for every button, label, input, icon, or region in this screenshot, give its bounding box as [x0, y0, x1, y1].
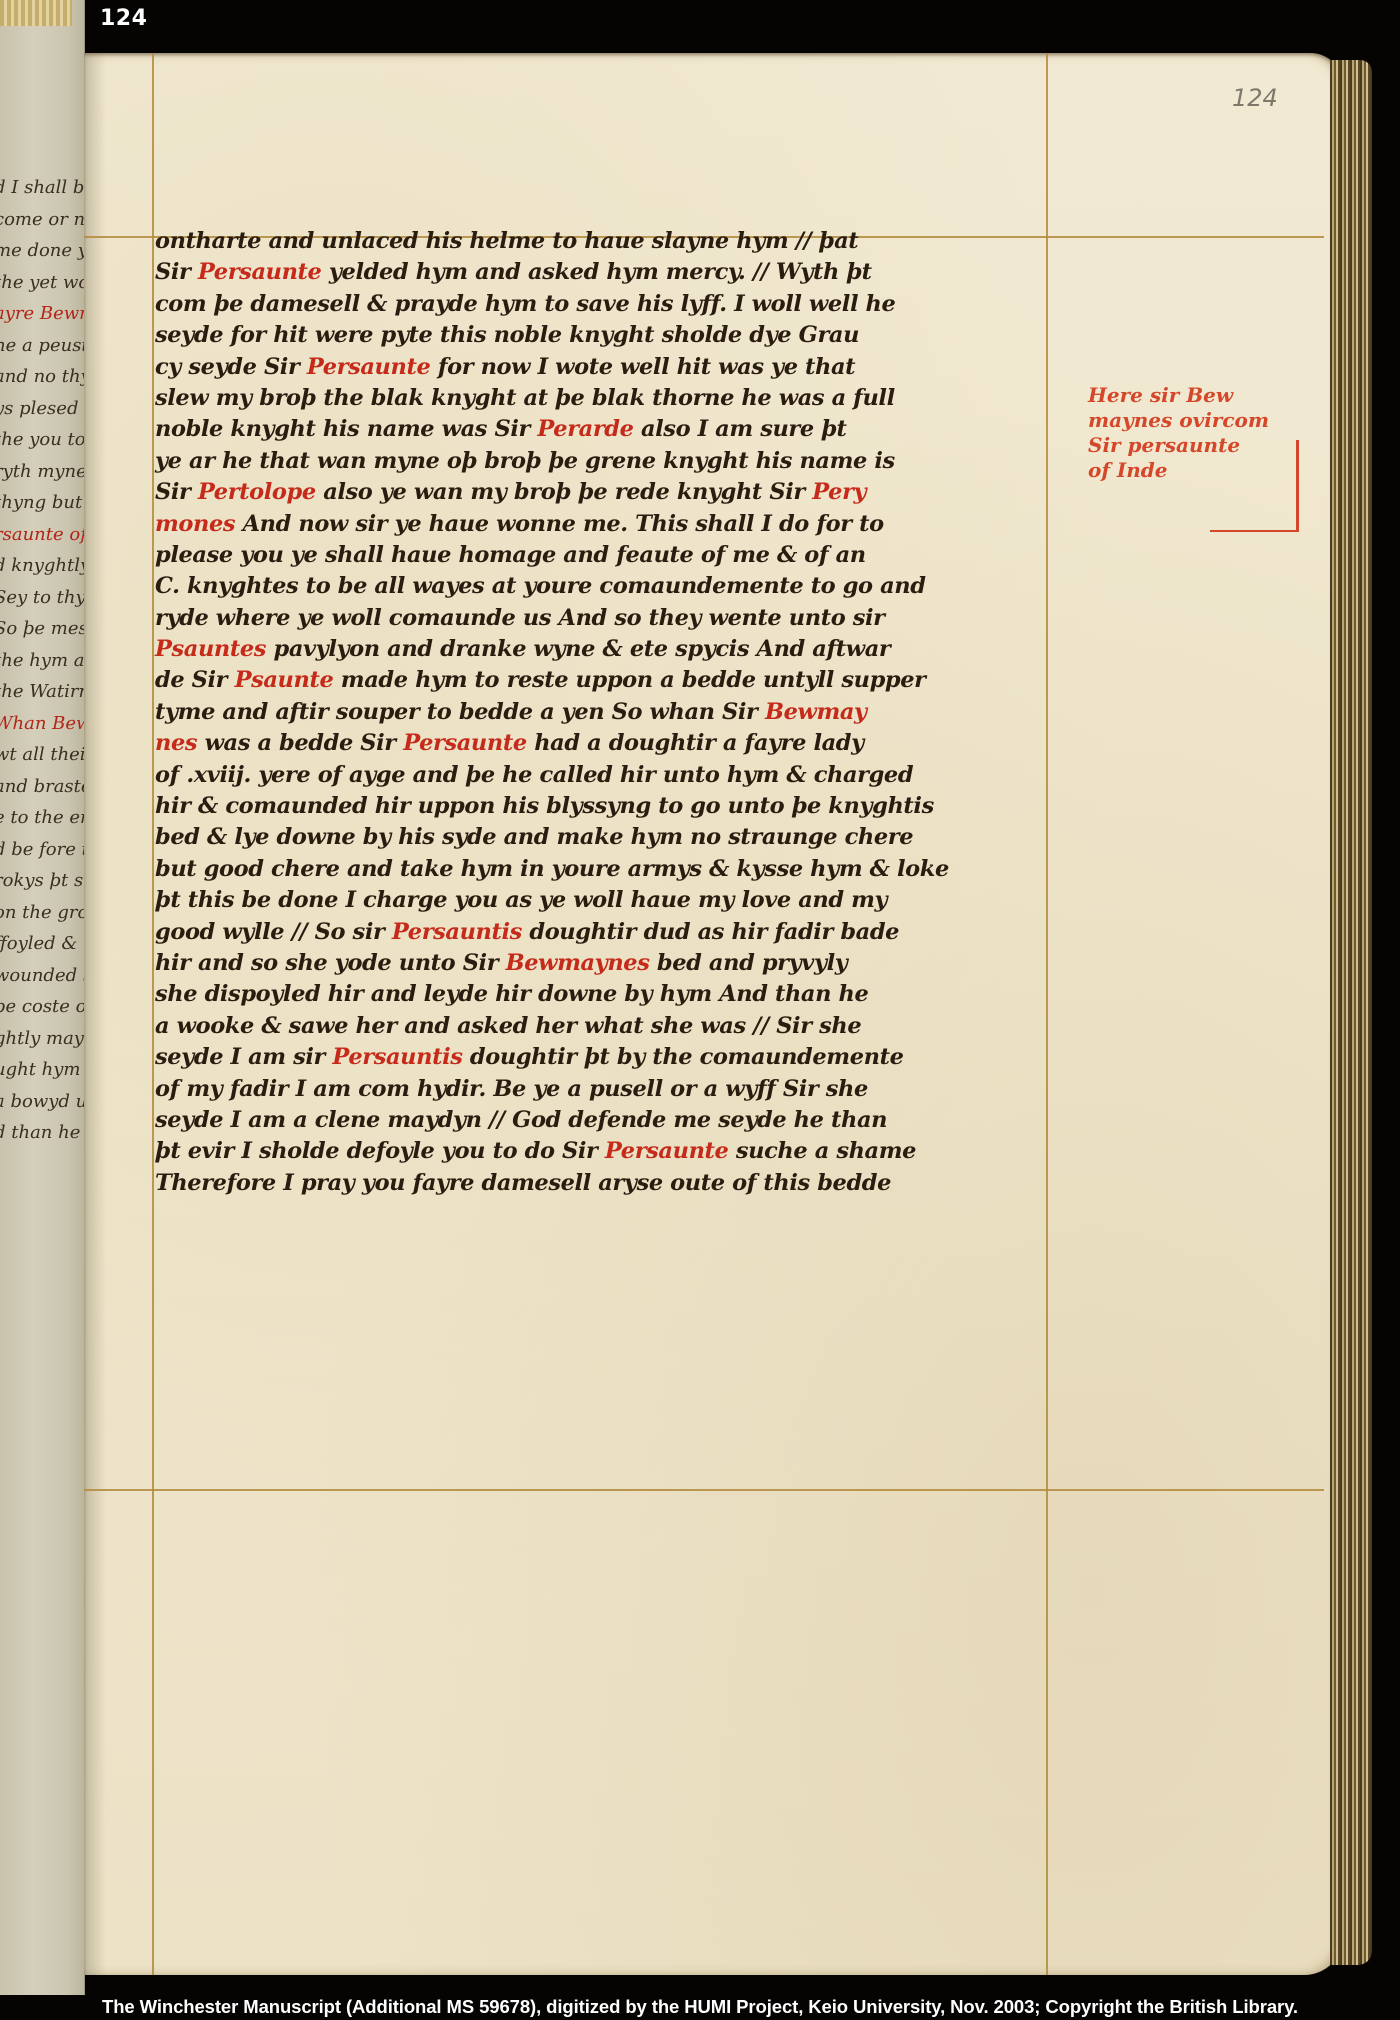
text-line: hir and so she yode unto Sir Bewmaynes b…	[155, 948, 1080, 979]
rubricated-name: Persaunte	[403, 730, 527, 756]
text-segment: Therefore I pray you fayre damesell arys…	[155, 1170, 891, 1196]
marginal-note-line: of Inde	[1088, 458, 1298, 483]
text-line: nes was a bedde Sir Persaunte had a doug…	[155, 728, 1080, 759]
facing-leaf-line: Sey to thy lord	[0, 582, 84, 614]
gutter-shadow	[84, 53, 106, 1975]
facing-leaf-line: Whan Bewma	[0, 708, 84, 740]
facing-leaf-line: So þe messyngere	[0, 613, 84, 645]
text-segment: doughtir dud as hir fadir bade	[522, 919, 899, 945]
facing-leaf-line: and no thyng	[0, 361, 84, 393]
facing-leaf-line: ne a peuste you	[0, 330, 84, 362]
marginal-rubric-note: Here sir Bewmaynes ovircomSir persaunteo…	[1088, 383, 1298, 483]
text-segment: also ye wan my broþ þe rede knyght Sir	[316, 479, 812, 505]
text-line: please you ye shall haue homage and feau…	[155, 540, 1080, 571]
facing-leaf-line: rokys þt som tyme	[0, 865, 84, 897]
facing-leaf-line: þe coste of the	[0, 991, 84, 1023]
text-segment: ye ar he that wan myne oþ broþ þe grene …	[155, 448, 895, 474]
text-segment: Sir	[155, 259, 198, 285]
facing-leaf-line: the yet woll	[0, 267, 84, 299]
text-segment: hir and so she yode unto Sir	[155, 950, 506, 976]
facing-leaf-line: the hym all his	[0, 645, 84, 677]
text-line: slew my broþ the blak knyght at þe blak …	[155, 383, 1080, 414]
facing-leaf-edge	[0, 0, 72, 26]
text-segment: a wooke & sawe her and asked her what sh…	[155, 1013, 861, 1039]
text-line: C. knyghtes to be all wayes at youre com…	[155, 571, 1080, 602]
rubricated-name: Persaunte	[605, 1138, 729, 1164]
facing-leaf-line: ught hym love	[0, 1054, 84, 1086]
text-segment: had a doughtir a fayre lady	[527, 730, 864, 756]
facing-leaf-line: d than he lepte	[0, 1117, 84, 1149]
marginal-bracket	[1296, 440, 1299, 532]
text-segment: was a bedde Sir	[197, 730, 403, 756]
text-line: ontharte and unlaced his helme to haue s…	[155, 226, 1080, 257]
facing-leaf-line: thyng but	[0, 487, 84, 519]
text-line: of my fadir I am com hydir. Be ye a puse…	[155, 1074, 1080, 1105]
text-segment: noble knyght his name was Sir	[155, 416, 537, 442]
text-line: þt this be done I charge you as ye woll …	[155, 885, 1080, 916]
text-line: Sir Pertolope also ye wan my broþ þe red…	[155, 477, 1080, 508]
facing-leaf-line: e to the erthe	[0, 802, 84, 834]
text-line: hir & comaunded hir uppon his blyssyng t…	[155, 791, 1080, 822]
text-segment: hir & comaunded hir uppon his blyssyng t…	[155, 793, 934, 819]
pencil-foliation: 124	[1232, 84, 1278, 112]
text-segment: C. knyghtes to be all wayes at youre com…	[155, 573, 926, 599]
book-fore-edge	[1330, 60, 1372, 1965]
main-text-column: ontharte and unlaced his helme to haue s…	[155, 226, 1080, 1199]
rubricated-name: Bewmaynes	[506, 950, 650, 976]
rubricated-name: Bewmay	[765, 699, 867, 725]
text-segment: seyde I am sir	[155, 1044, 332, 1070]
facing-leaf-line: come or none	[0, 204, 84, 236]
rubricated-name: Pery	[812, 479, 866, 505]
text-segment: þt this be done I charge you as ye woll …	[155, 887, 887, 913]
facing-leaf-text: d I shall be knygcome or noneme done you…	[0, 172, 84, 1149]
marginal-note-line: Here sir Bew	[1088, 383, 1298, 408]
text-line: Sir Persaunte yelded hym and asked hym m…	[155, 257, 1080, 288]
rubricated-name: Persaunte	[198, 259, 322, 285]
facing-leaf-line: d I shall be knyg	[0, 172, 84, 204]
text-segment: ryde where ye woll comaunde us And so th…	[155, 605, 885, 631]
facing-leaf-line: the you to sey	[0, 424, 84, 456]
text-line: a wooke & sawe her and asked her what sh…	[155, 1011, 1080, 1042]
facing-leaf-line: me done you	[0, 235, 84, 267]
text-line: com þe damesell & prayde hym to save his…	[155, 289, 1080, 320]
copyright-caption: The Winchester Manuscript (Additional MS…	[0, 1994, 1400, 2020]
folio-number-badge: 124	[100, 6, 147, 31]
facing-leaf-line: ghtly maynteyn	[0, 1023, 84, 1055]
text-line: ryde where ye woll comaunde us And so th…	[155, 603, 1080, 634]
text-line: seyde for hit were pyte this noble knygh…	[155, 320, 1080, 351]
text-segment: but good chere and take hym in youre arm…	[155, 856, 949, 882]
text-line: Psauntes pavylyon and dranke wyne & ete …	[155, 634, 1080, 665]
facing-leaf-line: on the grounde	[0, 897, 84, 929]
manuscript-scan: d I shall be knygcome or noneme done you…	[0, 0, 1400, 2020]
text-segment: for now I wote well hit was ye that	[430, 354, 855, 380]
facing-leaf-line: the Watirmane	[0, 676, 84, 708]
text-segment: suche a shame	[728, 1138, 916, 1164]
text-segment: yelded hym and asked hym mercy. // Wyth …	[321, 259, 871, 285]
text-line: Therefore I pray you fayre damesell arys…	[155, 1168, 1080, 1199]
rubricated-name: Psauntes	[155, 636, 266, 662]
text-segment: þt evir I sholde defoyle you to do Sir	[155, 1138, 605, 1164]
text-segment: bed and pryvyly	[649, 950, 847, 976]
ruling-bottom-line	[84, 1489, 1324, 1491]
rubricated-name: Persauntis	[392, 919, 522, 945]
text-segment: also I am sure þt	[634, 416, 847, 442]
text-line: bed & lye downe by his syde and make hym…	[155, 822, 1080, 853]
facing-leaf-line: ayre Bewmayn	[0, 298, 84, 330]
facing-leaf-line: d knyghtly he	[0, 550, 84, 582]
marginal-note-line: maynes ovircom	[1088, 408, 1298, 433]
text-line: but good chere and take hym in youre arm…	[155, 854, 1080, 885]
text-segment: please you ye shall haue homage and feau…	[155, 542, 866, 568]
text-line: good wylle // So sir Persauntis doughtir…	[155, 917, 1080, 948]
text-segment: pavylyon and dranke wyne & ete spycis An…	[266, 636, 890, 662]
facing-leaf-line: ffoyled & hewe	[0, 928, 84, 960]
text-line: seyde I am sir Persauntis doughtir þt by…	[155, 1042, 1080, 1073]
facing-leaf-verso: d I shall be knygcome or noneme done you…	[0, 0, 85, 1995]
text-segment: of my fadir I am com hydir. Be ye a puse…	[155, 1076, 868, 1102]
ruling-left-margin	[152, 53, 154, 1975]
text-segment: com þe damesell & prayde hym to save his…	[155, 291, 895, 317]
text-line: of .xviij. yere of ayge and þe he called…	[155, 760, 1080, 791]
text-segment: slew my broþ the blak knyght at þe blak …	[155, 385, 895, 411]
text-segment: cy seyde Sir	[155, 354, 307, 380]
text-line: seyde I am a clene maydyn // God defende…	[155, 1105, 1080, 1136]
text-line: tyme and aftir souper to bedde a yen So …	[155, 697, 1080, 728]
rubricated-name: Persauntis	[332, 1044, 462, 1070]
text-line: cy seyde Sir Persaunte for now I wote we…	[155, 352, 1080, 383]
rubricated-name: Pertolope	[198, 479, 316, 505]
text-line: she dispoyled hir and leyde hir downe by…	[155, 979, 1080, 1010]
rubricated-name: Psaunte	[235, 667, 334, 693]
facing-leaf-line: ryth myne hoste	[0, 456, 84, 488]
text-segment: made hym to reste uppon a bedde untyll s…	[333, 667, 925, 693]
facing-leaf-line: a bowyd uppon	[0, 1086, 84, 1118]
text-segment: seyde for hit were pyte this noble knygh…	[155, 322, 859, 348]
facing-leaf-line: d be fore than	[0, 834, 84, 866]
rubricated-name: Perarde	[537, 416, 633, 442]
facing-leaf-line: wt all their my	[0, 739, 84, 771]
text-line: mones And now sir ye haue wonne me. This…	[155, 509, 1080, 540]
facing-leaf-line: rsaunte of Inde	[0, 519, 84, 551]
facing-leaf-line: ys plesed me	[0, 393, 84, 425]
text-segment: good wylle // So sir	[155, 919, 392, 945]
text-segment: bed & lye downe by his syde and make hym…	[155, 824, 913, 850]
marginal-note-line: Sir persaunte	[1088, 433, 1298, 458]
text-line: noble knyght his name was Sir Perarde al…	[155, 414, 1080, 445]
rubricated-name: mones	[155, 511, 235, 537]
text-segment: Sir	[155, 479, 198, 505]
text-line: þt evir I sholde defoyle you to do Sir P…	[155, 1136, 1080, 1167]
text-segment: And now sir ye haue wonne me. This shall…	[235, 511, 884, 537]
text-line: de Sir Psaunte made hym to reste uppon a…	[155, 665, 1080, 696]
rubricated-name: Persaunte	[307, 354, 431, 380]
facing-leaf-line: and braste spea	[0, 771, 84, 803]
text-segment: tyme and aftir souper to bedde a yen So …	[155, 699, 765, 725]
rubricated-name: nes	[155, 730, 197, 756]
marginal-bracket-tail	[1210, 530, 1298, 532]
text-segment: ontharte and unlaced his helme to haue s…	[155, 228, 858, 254]
text-line: ye ar he that wan myne oþ broþ þe grene …	[155, 446, 1080, 477]
text-segment: seyde I am a clene maydyn // God defende…	[155, 1107, 887, 1133]
text-segment: of .xviij. yere of ayge and þe he called…	[155, 762, 913, 788]
text-segment: de Sir	[155, 667, 235, 693]
text-segment: doughtir þt by the comaundemente	[462, 1044, 903, 1070]
facing-leaf-line: wounded So	[0, 960, 84, 992]
text-segment: she dispoyled hir and leyde hir downe by…	[155, 981, 868, 1007]
